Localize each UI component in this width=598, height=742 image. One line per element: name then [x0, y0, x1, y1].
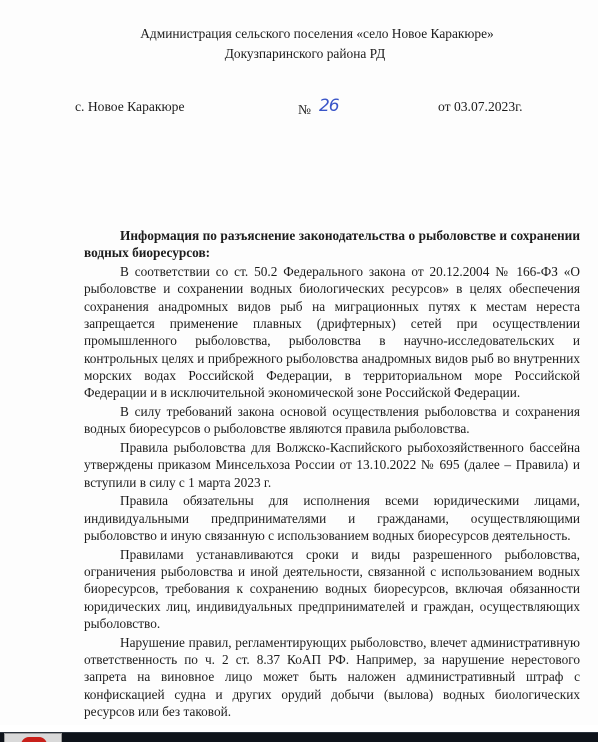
- document-title: Информация по разъяснение законодательст…: [84, 227, 580, 262]
- taskbar: [0, 732, 598, 742]
- app-icon: [21, 737, 47, 742]
- document-meta: с. Новое Каракюре №26 от 03.07.2023г.: [0, 95, 598, 117]
- document-place: с. Новое Каракюре: [75, 99, 185, 115]
- paragraph: Нарушение правил, регламентирующих рыбол…: [84, 634, 580, 720]
- paragraph: В силу требований закона основой осущест…: [84, 403, 580, 438]
- header-district: Докузпаринского района РД: [6, 46, 598, 62]
- paragraph: Правила рыболовства для Волжско-Каспийск…: [84, 439, 580, 491]
- paragraph: Правила обязательны для исполнения всеми…: [84, 492, 580, 544]
- document-number: №26: [298, 99, 339, 119]
- start-button[interactable]: [4, 733, 62, 742]
- number-sign: №: [298, 102, 311, 117]
- header-organization: Администрация сельского поселения «село …: [18, 26, 598, 42]
- paragraph: В соответствии со ст. 50.2 Федерального …: [84, 263, 580, 401]
- document-body: Информация по разъяснение законодательст…: [84, 227, 580, 720]
- handwritten-number: 26: [319, 96, 339, 116]
- document-date: от 03.07.2023г.: [438, 99, 523, 115]
- paragraph: Правилами устанавливаются сроки и виды р…: [84, 546, 580, 632]
- document-page: Администрация сельского поселения «село …: [0, 0, 598, 725]
